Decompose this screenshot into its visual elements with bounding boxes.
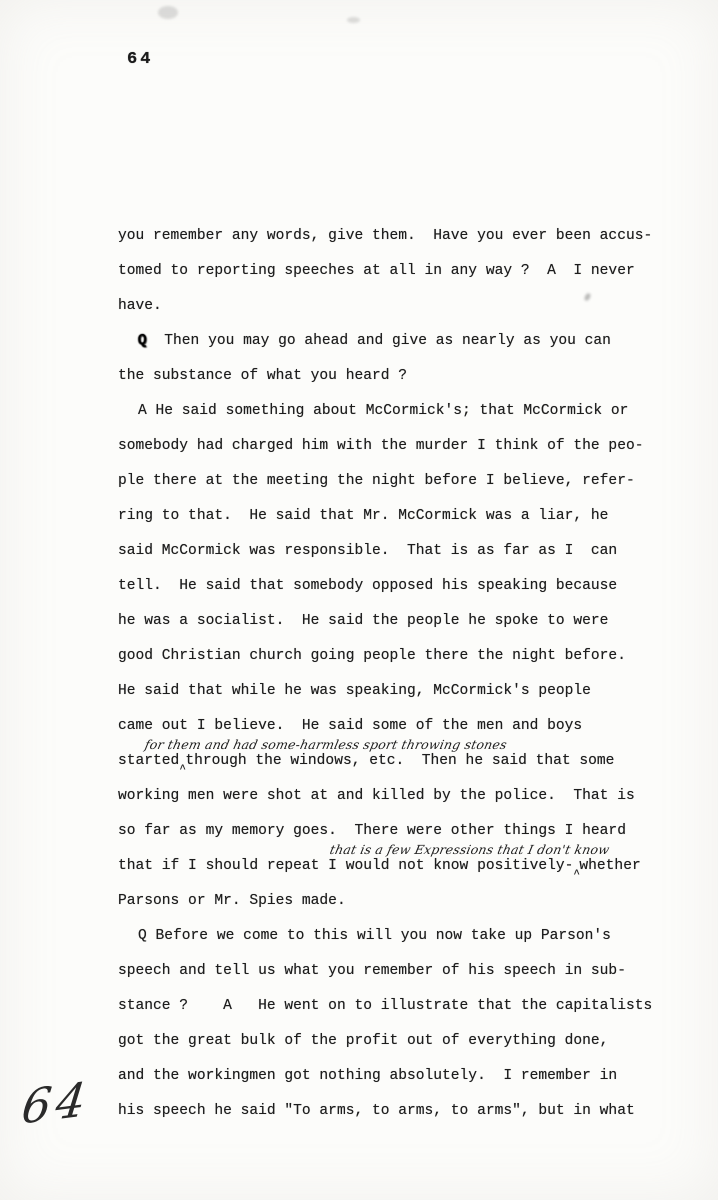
- transcript-body: you remember any words, give them. Have …: [118, 219, 684, 1129]
- page-number-handwritten: 64: [19, 1071, 94, 1135]
- typed-line: ring to that. He said that Mr. McCormick…: [118, 499, 684, 534]
- typed-line: his speech he said "To arms, to arms, to…: [118, 1094, 684, 1129]
- typed-line: Parsons or Mr. Spies made.: [118, 884, 684, 919]
- typed-line: somebody had charged him with the murder…: [118, 429, 684, 464]
- typed-line: got the great bulk of the profit out of …: [118, 1024, 684, 1059]
- typed-line: A He said something about McCormick's; t…: [118, 394, 684, 429]
- page-number-typed: 64: [127, 50, 153, 69]
- typed-line: good Christian church going people there…: [118, 639, 684, 674]
- typed-line: and the workingmen got nothing absolutel…: [118, 1059, 684, 1094]
- typed-line: have.: [118, 289, 684, 324]
- typed-line: for them and had some-harmless sport thr…: [118, 744, 684, 779]
- typed-line: He said that while he was speaking, McCo…: [118, 674, 684, 709]
- typed-line: Q Then you may go ahead and give as near…: [118, 324, 684, 359]
- handwritten-annotation: that is a few Expressions that I don't k…: [329, 844, 611, 856]
- typed-line: stance ? A He went on to illustrate that…: [118, 989, 684, 1024]
- ink-smudge: [158, 6, 178, 19]
- typed-line: tell. He said that somebody opposed his …: [118, 569, 684, 604]
- typed-line: tomed to reporting speeches at all in an…: [118, 254, 684, 289]
- typed-line: working men were shot at and killed by t…: [118, 779, 684, 814]
- handwritten-annotation: for them and had some-harmless sport thr…: [144, 739, 508, 751]
- typed-line: speech and tell us what you remember of …: [118, 954, 684, 989]
- typed-line: ple there at the meeting the night befor…: [118, 464, 684, 499]
- typed-line: you remember any words, give them. Have …: [118, 219, 684, 254]
- typed-line: that is a few Expressions that I don't k…: [118, 849, 684, 884]
- typed-line: Q Before we come to this will you now ta…: [118, 919, 684, 954]
- typed-line: he was a socialist. He said the people h…: [118, 604, 684, 639]
- typed-line: the substance of what you heard ?: [118, 359, 684, 394]
- typed-line: said McCormick was responsible. That is …: [118, 534, 684, 569]
- ink-smudge: [347, 17, 360, 23]
- document-page: 64 you remember any words, give them. Ha…: [0, 0, 718, 1200]
- ink-blot-q: Q: [138, 333, 147, 349]
